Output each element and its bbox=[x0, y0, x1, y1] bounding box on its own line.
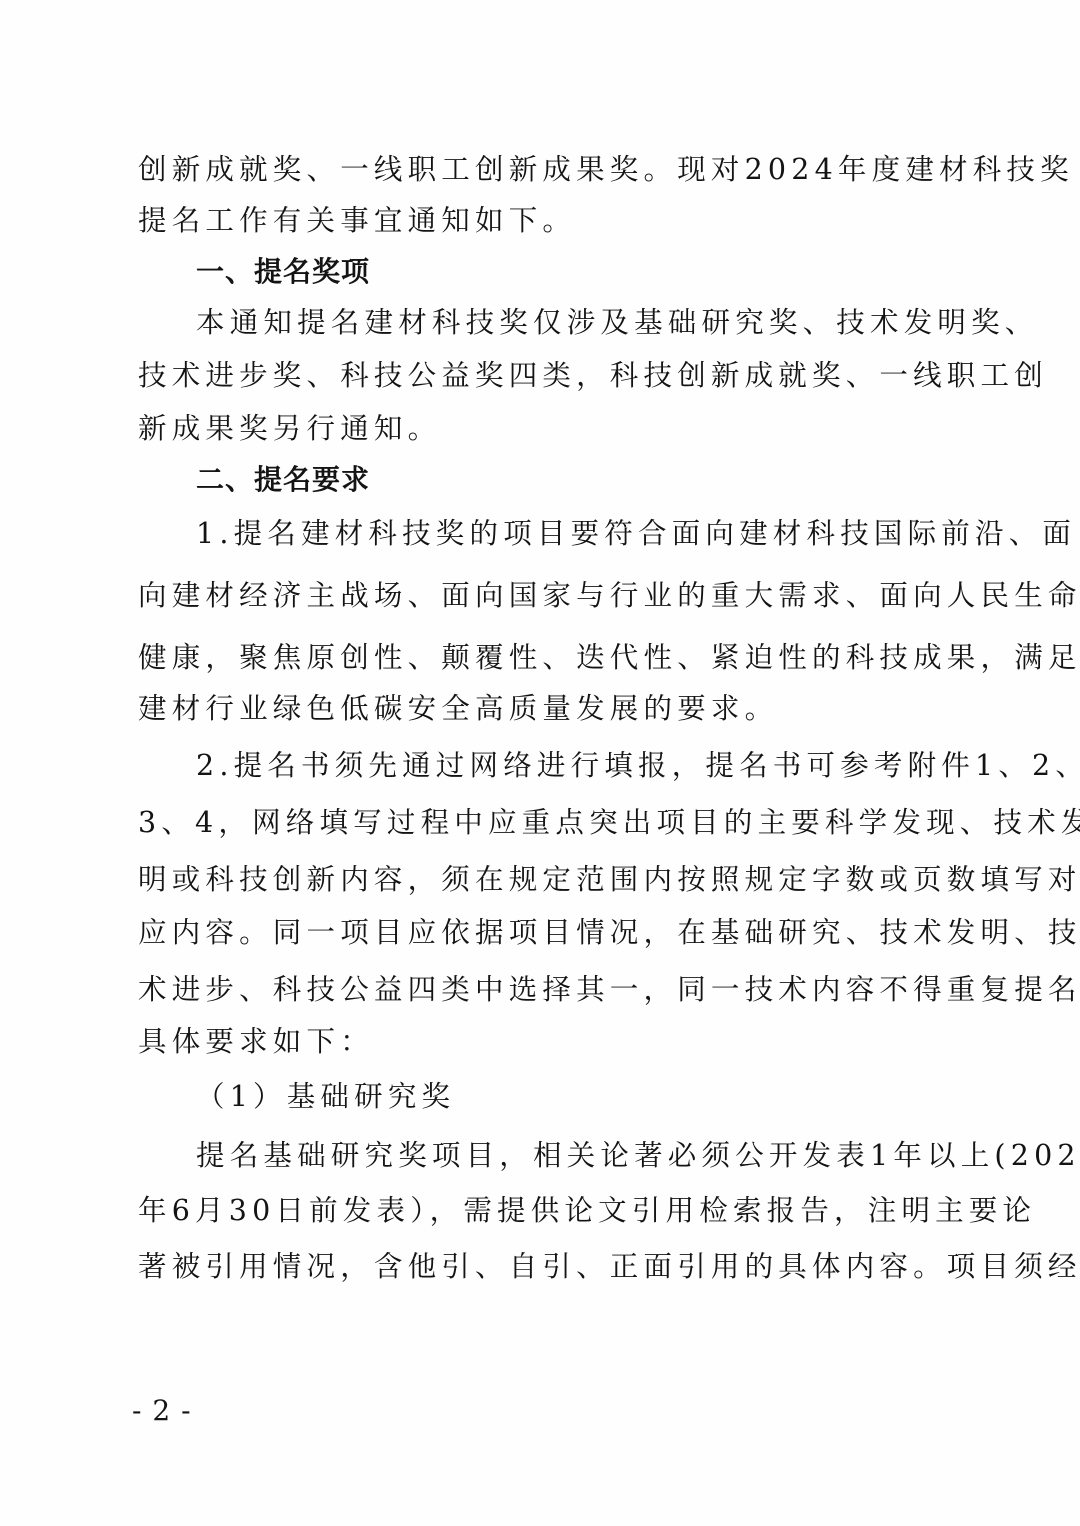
paragraph-line: 健康，聚焦原创性、颠覆性、迭代性、紧迫性的科技成果，满足 bbox=[138, 638, 944, 678]
paragraph-line: 提名工作有关事宜通知如下。 bbox=[138, 201, 944, 241]
paragraph-line: 应内容。同一项目应依据项目情况，在基础研究、技术发明、技 bbox=[138, 913, 944, 953]
section-heading-2: 二、提名要求 bbox=[196, 460, 370, 500]
paragraph-line: 提名基础研究奖项目，相关论著必须公开发表1年以上(2023 bbox=[196, 1136, 944, 1176]
section-heading-1: 一、提名奖项 bbox=[196, 252, 370, 292]
paragraph-line: 年6月30日前发表），需提供论文引用检索报告，注明主要论 bbox=[138, 1191, 944, 1231]
paragraph-line: 术进步、科技公益四类中选择其一，同一技术内容不得重复提名。 bbox=[138, 970, 944, 1010]
paragraph-line: 明或科技创新内容，须在规定范围内按照规定字数或页数填写对 bbox=[138, 860, 944, 900]
paragraph-line: 本通知提名建材科技奖仅涉及基础研究奖、技术发明奖、 bbox=[196, 303, 944, 343]
paragraph-line: 建材行业绿色低碳安全高质量发展的要求。 bbox=[138, 689, 944, 729]
document-page: 创新成就奖、一线职工创新成果奖。现对2024年度建材科技奖 提名工作有关事宜通知… bbox=[0, 0, 1080, 1526]
paragraph-line: 向建材经济主战场、面向国家与行业的重大需求、面向人民生命 bbox=[138, 576, 944, 616]
paragraph-line: 3、4，网络填写过程中应重点突出项目的主要科学发现、技术发 bbox=[138, 803, 944, 843]
page-number: - 2 - bbox=[132, 1393, 192, 1429]
paragraph-line: 新成果奖另行通知。 bbox=[138, 409, 944, 449]
paragraph-line: 具体要求如下： bbox=[138, 1022, 944, 1062]
subsection-heading: （1）基础研究奖 bbox=[196, 1077, 944, 1117]
paragraph-line: 技术进步奖、科技公益奖四类，科技创新成就奖、一线职工创 bbox=[138, 356, 944, 396]
paragraph-line: 创新成就奖、一线职工创新成果奖。现对2024年度建材科技奖 bbox=[138, 150, 944, 190]
paragraph-line: 著被引用情况，含他引、自引、正面引用的具体内容。项目须经 bbox=[138, 1247, 944, 1287]
paragraph-line: 1.提名建材科技奖的项目要符合面向建材科技国际前沿、面 bbox=[196, 514, 944, 554]
paragraph-line: 2.提名书须先通过网络进行填报，提名书可参考附件1、2、 bbox=[196, 746, 944, 786]
